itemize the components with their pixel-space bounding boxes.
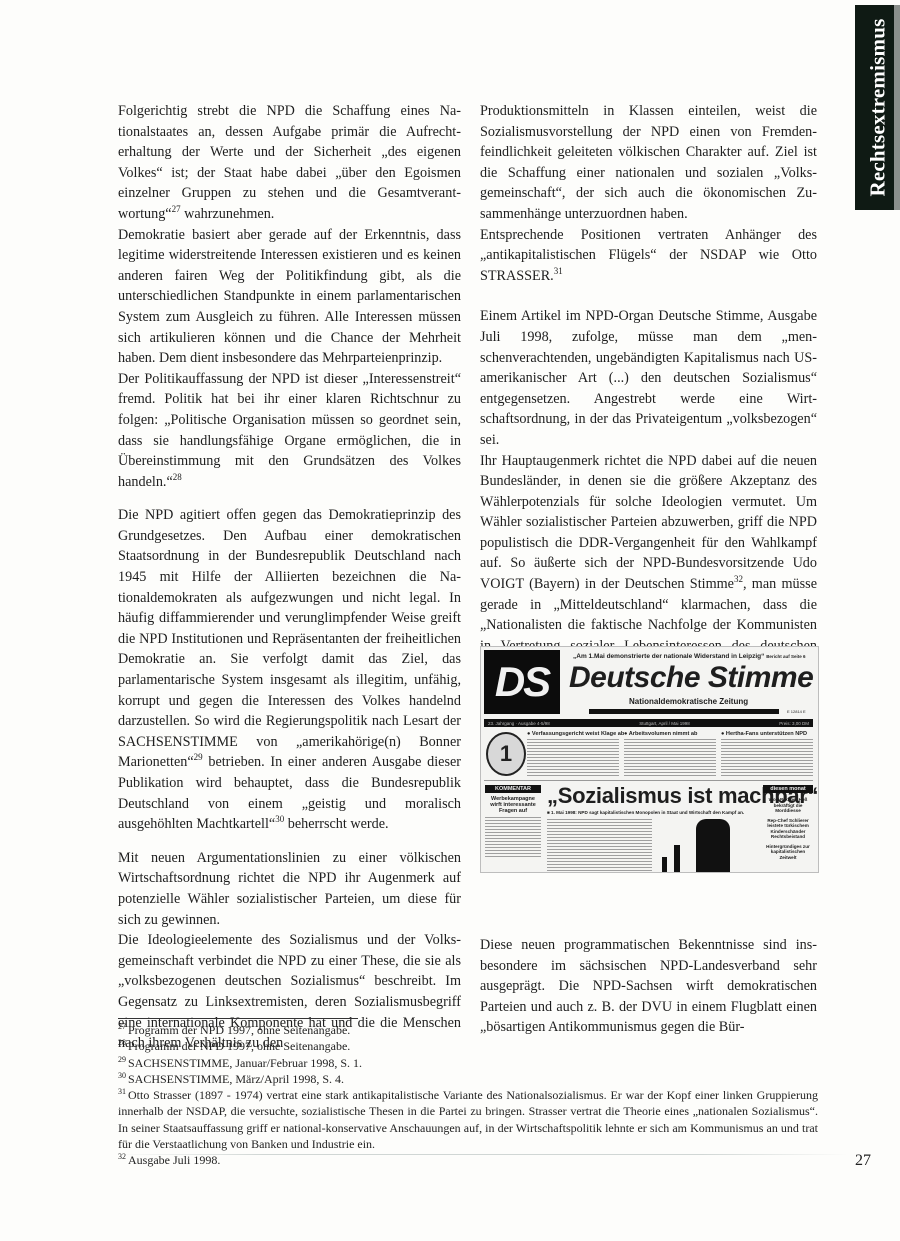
newspaper-deck: ■ 1. Mai 1998: NPD sagt kapitalistischen… [547,810,744,815]
paragraph: Mit neuen Argumentationslinien zu einer … [118,848,461,930]
footnote: 28Programm der NPD 1997, ohne Seitenanga… [118,1038,818,1054]
newspaper-code: E 12814 E [787,709,806,714]
divider [484,780,813,781]
footnotes: 27Programm der NPD 1997, ohne Seitenanga… [118,1022,818,1169]
footnote-ref[interactable]: 28 [173,472,182,482]
paragraph: Ihr Hauptaugenmerk richtet die NPD dabei… [480,451,817,678]
footnote-ref[interactable]: 27 [172,204,181,214]
footnote: 31Otto Strasser (1897 - 1974) vertrat ei… [118,1087,818,1152]
newspaper-kicker: „Am 1.Mai demonstrierte der nationale Wi… [573,653,805,660]
newspaper-story: ● Arbeitsvolumen nimmt ab [624,731,716,777]
footnote-ref[interactable]: 32 [734,574,743,584]
paragraph: Produktionsmitteln in Klassen einteilen,… [480,101,817,225]
right-column: Produktionsmitteln in Klassen einteilen,… [480,101,817,1038]
page-number: 27 [855,1152,871,1170]
footnote: 27Programm der NPD 1997, ohne Seitenanga… [118,1022,818,1038]
newspaper-subtitle: Nationaldemokratische Zeitung [629,697,748,706]
ds-logo: DS [484,650,560,714]
newspaper-dateline: 23. Jahrgang · Ausgabe 4-5/98 Stuttgart,… [484,719,813,727]
section-tab-label: Rechtsextremismus [865,19,890,197]
left-column: Folgerichtig strebt die NPD die Schaffun… [118,101,461,1054]
page-bottom-rule [118,1154,848,1155]
footnote: 30SACHSENSTIMME, März/April 1998, S. 4. [118,1071,818,1087]
footnote-ref[interactable]: 30 [275,814,284,824]
kommentar-box: KOMMENTAR Werbekampagne wirft interessan… [485,785,541,857]
newspaper-body-text [547,819,652,871]
paragraph: Entsprechende Positionen vertraten Anhän… [480,225,817,287]
newspaper-clipping-image: DS „Am 1.Mai demonstrierte der nationale… [480,646,819,873]
paragraph: Der Politikauffassung der NPD ist dieser… [118,369,461,493]
newspaper-story: ● Verfassungsgericht weist Klage ab [527,731,619,777]
footnote-ref[interactable]: 31 [554,266,563,276]
footnote-divider [118,1018,358,1019]
paragraph: Folgerichtig strebt die NPD die Schaffun… [118,101,461,225]
newspaper-title: Deutsche Stimme [569,661,813,695]
paragraph: Die NPD agitiert offen gegen das Demokra… [118,505,461,835]
section-tab: Rechtsextremismus [855,5,900,210]
euro-coin-icon: 1 [486,732,526,776]
paragraph: Demokratie basiert aber gerade auf der E… [118,225,461,369]
monument-photo [656,817,756,872]
diesen-monat-box: diesen monat Wolf-Rüdiger Heß bekräftigt… [763,785,813,860]
footnote-ref[interactable]: 29 [194,752,203,762]
paragraph: Einem Artikel im NPD-Organ Deutsche Stim… [480,306,817,450]
newspaper-story: ● Hertha-Fans unterstützen NPD [721,731,813,777]
footnote: 29SACHSENSTIMME, Januar/Februar 1998, S.… [118,1055,818,1071]
newspaper-bar [589,709,779,714]
